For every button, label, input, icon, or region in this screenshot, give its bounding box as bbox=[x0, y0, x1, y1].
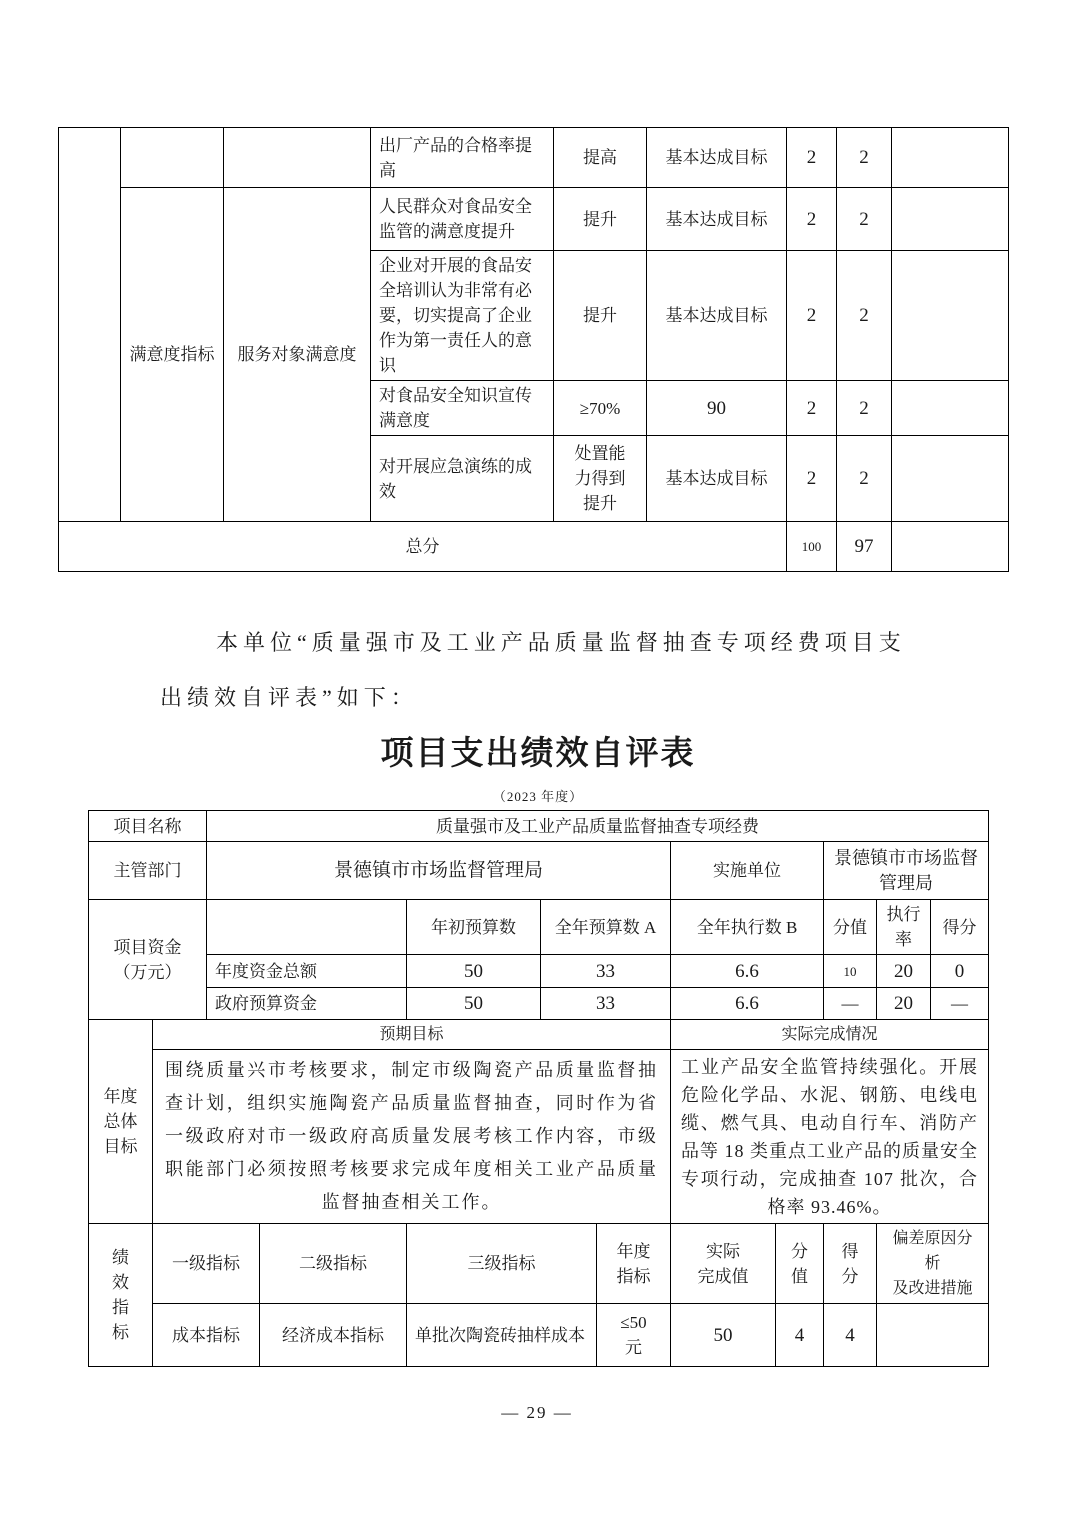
self-evaluation-table: 项目名称 质量强市及工业产品质量监督抽查专项经费 主管部门 景德镇市市场监督管理… bbox=[88, 810, 989, 1367]
executed-cell: 6.6 bbox=[671, 955, 824, 988]
actual-completion-header-cell: 实际完成情况 bbox=[671, 1020, 989, 1050]
annual-target-cell: 提升 bbox=[554, 188, 647, 251]
initial-budget-cell: 50 bbox=[407, 988, 541, 1020]
indicator-cell: 人民群众对食品安全监管的满意度提升 bbox=[371, 188, 554, 251]
annual-target-cell: 提升 bbox=[554, 251, 647, 381]
points-cell: 10 bbox=[824, 955, 877, 988]
points-cell: 2 bbox=[787, 381, 837, 436]
initial-budget-header-cell: 年初预算数 bbox=[407, 900, 541, 955]
level3-header-cell: 三级指标 bbox=[407, 1224, 597, 1304]
deviation-cell bbox=[892, 522, 1009, 572]
initial-budget-cell: 50 bbox=[407, 955, 541, 988]
points-header-cell: 分 值 bbox=[776, 1224, 824, 1304]
funds-row-label-cell: 政府预算资金 bbox=[207, 988, 407, 1020]
total-points-cell: 100 bbox=[787, 522, 837, 572]
total-score-cell: 97 bbox=[837, 522, 892, 572]
prev-subgroup-cell bbox=[224, 128, 371, 188]
score-cell: 2 bbox=[837, 251, 892, 381]
performance-label-cell: 绩 效 指 标 bbox=[89, 1224, 153, 1367]
points-cell: 2 bbox=[787, 128, 837, 188]
actual-completion-text-cell: 工业产品安全监管持续强化。开展危险化学品、水泥、钢筋、电线电缆、燃气具、电动自行… bbox=[671, 1050, 989, 1224]
level3-cell: 单批次陶瓷砖抽样成本 bbox=[407, 1304, 597, 1367]
annual-target-cell: ≥70% bbox=[554, 381, 647, 436]
execution-rate-cell: 20 bbox=[877, 955, 931, 988]
deviation-cell bbox=[892, 251, 1009, 381]
score-cell: — bbox=[931, 988, 989, 1020]
annual-indicator-cell: ≤50 元 bbox=[597, 1304, 671, 1367]
implementing-unit-value-cell: 景德镇市市场监督管理局 bbox=[824, 842, 989, 900]
points-cell: 2 bbox=[787, 436, 837, 522]
indicator-cell: 对开展应急演练的成效 bbox=[371, 436, 554, 522]
annual-goal-label-cell: 年度 总体 目标 bbox=[89, 1020, 153, 1224]
actual-result-cell: 90 bbox=[647, 381, 787, 436]
project-name-value-cell: 质量强市及工业产品质量监督抽查专项经费 bbox=[207, 811, 989, 842]
funds-row: 年度资金总额 50 33 6.6 10 20 0 bbox=[89, 955, 989, 988]
level1-header-cell: 一级指标 bbox=[153, 1224, 260, 1304]
page-number: — 29 — bbox=[0, 1403, 1074, 1423]
execution-rate-cell: 20 bbox=[877, 988, 931, 1020]
project-name-row: 项目名称 质量强市及工业产品质量监督抽查专项经费 bbox=[89, 811, 989, 842]
deviation-cell bbox=[892, 381, 1009, 436]
table-row: 出厂产品的合格率提高 提高 基本达成目标 2 2 bbox=[59, 128, 1009, 188]
score-cell: 2 bbox=[837, 436, 892, 522]
total-row: 总分 100 97 bbox=[59, 522, 1009, 572]
actual-result-cell: 基本达成目标 bbox=[647, 188, 787, 251]
funds-subrow-spacer-cell bbox=[207, 900, 407, 955]
funds-label-cell: 项目资金 （万元） bbox=[89, 900, 207, 1020]
annual-budget-cell: 33 bbox=[541, 955, 671, 988]
annual-indicator-header-cell: 年度 指标 bbox=[597, 1224, 671, 1304]
annual-budget-header-cell: 全年预算数 A bbox=[541, 900, 671, 955]
actual-result-cell: 基本达成目标 bbox=[647, 128, 787, 188]
annual-target-cell: 处置能 力得到 提升 bbox=[554, 436, 647, 522]
total-label-cell: 总分 bbox=[59, 522, 787, 572]
table-row: 满意度指标 服务对象满意度 人民群众对食品安全监管的满意度提升 提升 基本达成目… bbox=[59, 188, 1009, 251]
intro-paragraph: 本单位“质量强市及工业产品质量监督抽查专项经费项目支出绩效自评表”如下： bbox=[160, 615, 916, 725]
indicator-cell: 出厂产品的合格率提高 bbox=[371, 128, 554, 188]
performance-row: 成本指标 经济成本指标 单批次陶瓷砖抽样成本 ≤50 元 50 4 4 bbox=[89, 1304, 989, 1367]
satisfaction-indicators-table: 出厂产品的合格率提高 提高 基本达成目标 2 2 满意度指标 服务对象满意度 人… bbox=[58, 127, 1009, 572]
page-subtitle: （2023 年度） bbox=[88, 786, 988, 805]
annual-target-cell: 提高 bbox=[554, 128, 647, 188]
level2-cell: 经济成本指标 bbox=[260, 1304, 407, 1367]
deviation-cell bbox=[892, 128, 1009, 188]
performance-header-row: 绩 效 指 标 一级指标 二级指标 三级指标 年度 指标 实际 完成值 分 值 … bbox=[89, 1224, 989, 1304]
goal-content-row: 围绕质量兴市考核要求，制定市级陶瓷产品质量监督抽查计划，组织实施陶瓷产品质量监督… bbox=[89, 1050, 989, 1224]
expected-goal-text-cell: 围绕质量兴市考核要求，制定市级陶瓷产品质量监督抽查计划，组织实施陶瓷产品质量监督… bbox=[153, 1050, 671, 1224]
actual-result-cell: 基本达成目标 bbox=[647, 251, 787, 381]
level2-header-cell: 二级指标 bbox=[260, 1224, 407, 1304]
score-cell: 2 bbox=[837, 188, 892, 251]
score-cell: 4 bbox=[824, 1304, 877, 1367]
department-label-cell: 主管部门 bbox=[89, 842, 207, 900]
indicator-cell: 对食品安全知识宣传满意度 bbox=[371, 381, 554, 436]
prev-group-cell bbox=[121, 128, 224, 188]
deviation-cell bbox=[892, 188, 1009, 251]
page-title: 项目支出绩效自评表 bbox=[88, 727, 988, 774]
points-cell: 2 bbox=[787, 251, 837, 381]
points-cell: 2 bbox=[787, 188, 837, 251]
funds-row-label-cell: 年度资金总额 bbox=[207, 955, 407, 988]
points-cell: 4 bbox=[776, 1304, 824, 1367]
deviation-header-cell: 偏差原因分析 及改进措施 bbox=[877, 1224, 989, 1304]
actual-result-cell: 基本达成目标 bbox=[647, 436, 787, 522]
score-cell: 2 bbox=[837, 128, 892, 188]
deviation-cell bbox=[877, 1304, 989, 1367]
points-cell: — bbox=[824, 988, 877, 1020]
subgroup-label-cell: 服务对象满意度 bbox=[224, 188, 371, 522]
executed-cell: 6.6 bbox=[671, 988, 824, 1020]
score-header-cell: 得 分 bbox=[824, 1224, 877, 1304]
project-name-label-cell: 项目名称 bbox=[89, 811, 207, 842]
funds-row: 政府预算资金 50 33 6.6 — 20 — bbox=[89, 988, 989, 1020]
level1-cell: 成本指标 bbox=[153, 1304, 260, 1367]
execution-rate-header-cell: 执行 率 bbox=[877, 900, 931, 955]
expected-goal-header-cell: 预期目标 bbox=[153, 1020, 671, 1050]
goal-header-row: 年度 总体 目标 预期目标 实际完成情况 bbox=[89, 1020, 989, 1050]
department-row: 主管部门 景德镇市市场监督管理局 实施单位 景德镇市市场监督管理局 bbox=[89, 842, 989, 900]
funds-header-row: 项目资金 （万元） 年初预算数 全年预算数 A 全年执行数 B 分值 执行 率 … bbox=[89, 900, 989, 955]
category-spacer-cell bbox=[59, 128, 121, 522]
deviation-cell bbox=[892, 436, 1009, 522]
indicator-cell: 企业对开展的食品安全培训认为非常有必要，切实提高了企业作为第一责任人的意识 bbox=[371, 251, 554, 381]
annual-budget-cell: 33 bbox=[541, 988, 671, 1020]
executed-header-cell: 全年执行数 B bbox=[671, 900, 824, 955]
group-label-cell: 满意度指标 bbox=[121, 188, 224, 522]
implementing-unit-label-cell: 实施单位 bbox=[671, 842, 824, 900]
score-cell: 2 bbox=[837, 381, 892, 436]
points-header-cell: 分值 bbox=[824, 900, 877, 955]
score-header-cell: 得分 bbox=[931, 900, 989, 955]
actual-value-header-cell: 实际 完成值 bbox=[671, 1224, 776, 1304]
actual-value-cell: 50 bbox=[671, 1304, 776, 1367]
department-value-cell: 景德镇市市场监督管理局 bbox=[207, 842, 671, 900]
score-cell: 0 bbox=[931, 955, 989, 988]
